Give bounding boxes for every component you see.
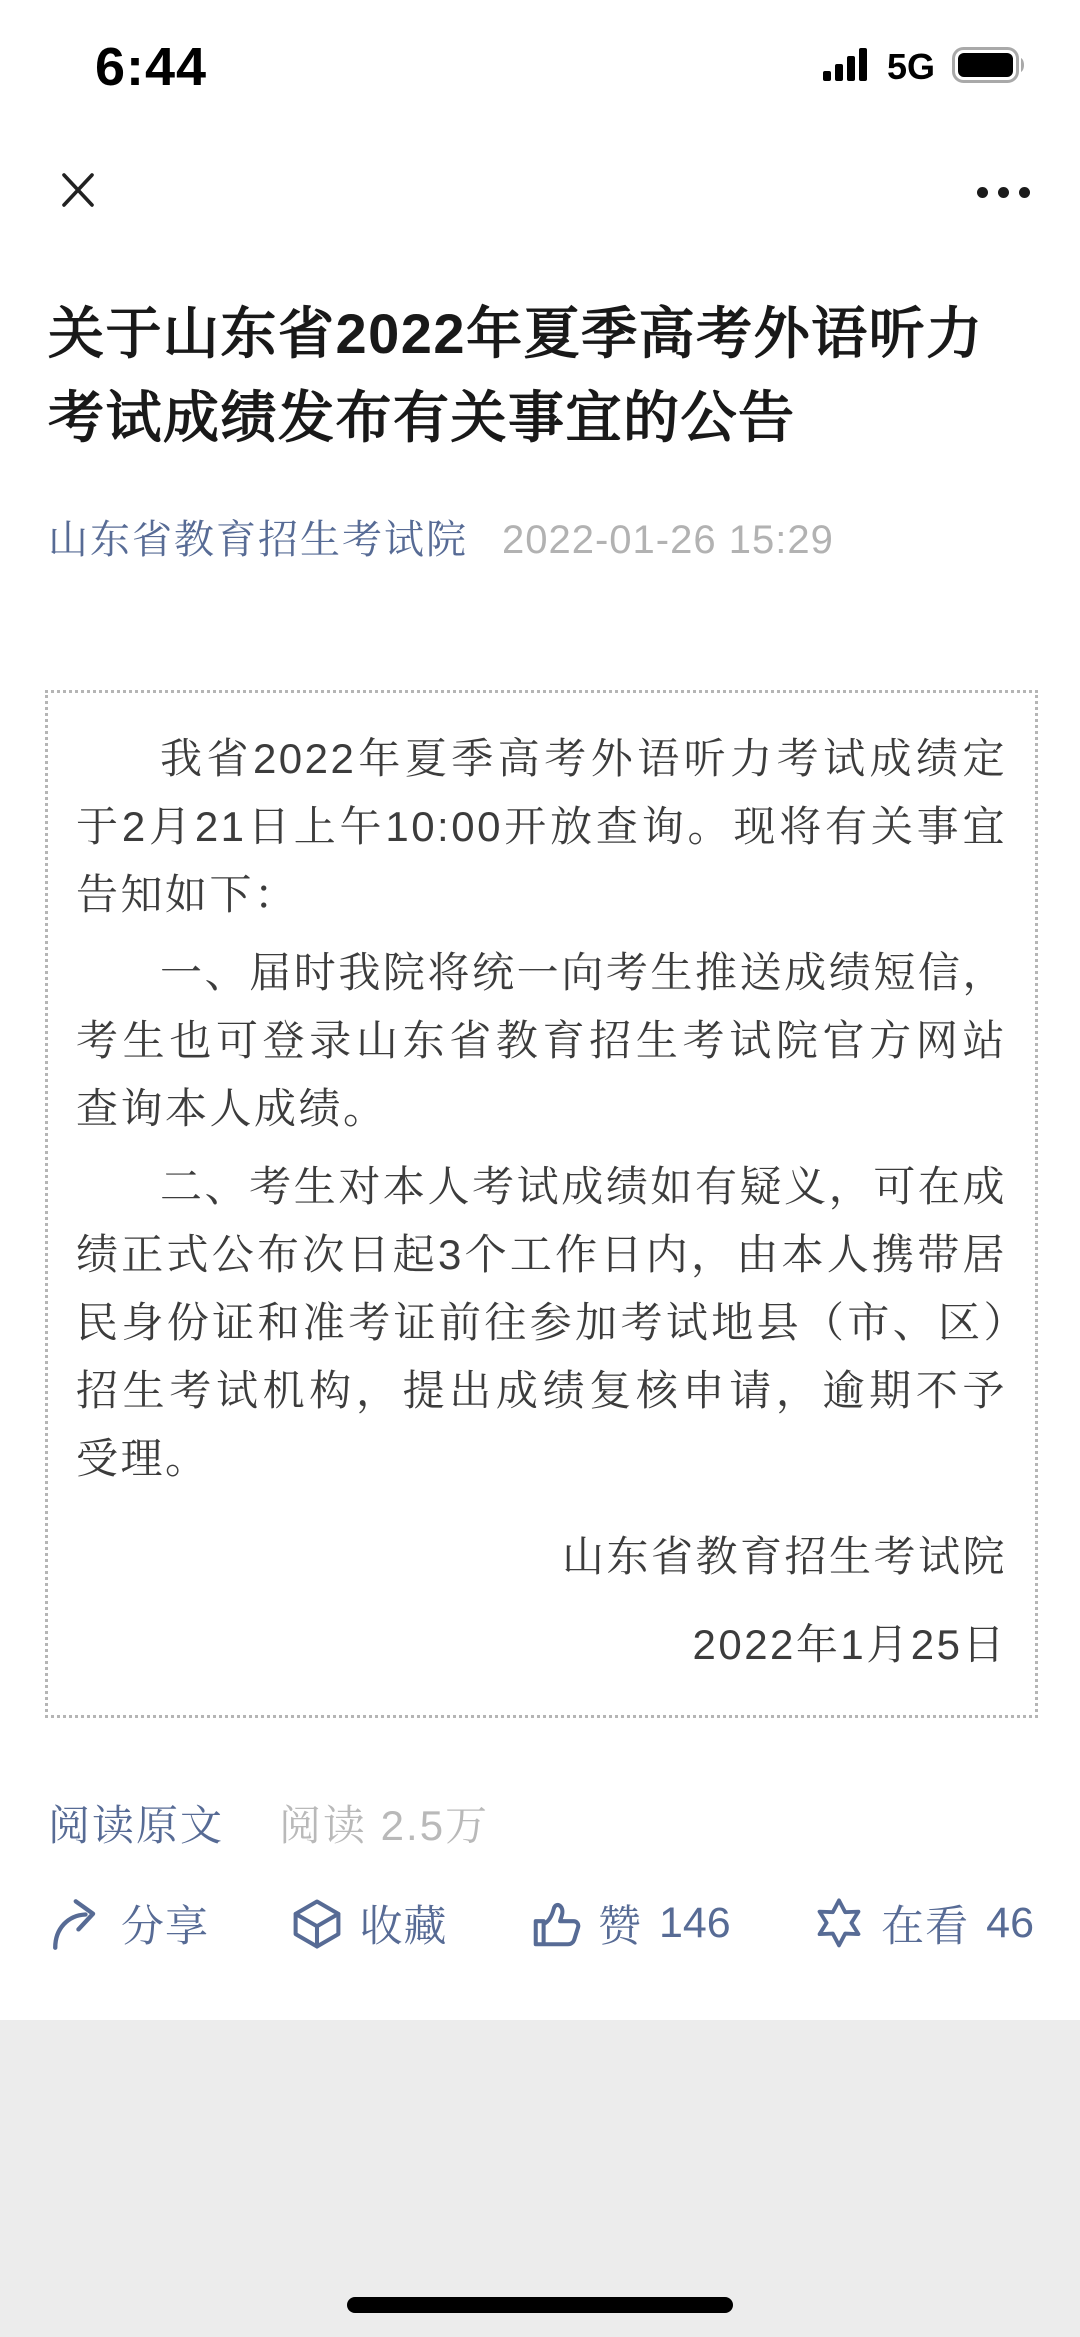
wow-star-icon — [812, 1897, 866, 1951]
author-account-link[interactable]: 山东省教育招生考试院 — [48, 508, 468, 565]
bottom-safe-area — [0, 2020, 1080, 2337]
like-button[interactable]: 赞 146 — [529, 1893, 731, 1954]
status-time: 6:44 — [95, 36, 207, 98]
article-title: 关于山东省2022年夏季高考外语听力考试成绩发布有关事宜的公告 — [0, 292, 1080, 460]
read-original-link[interactable]: 阅读原文 — [48, 1793, 224, 1853]
network-type-label: 5G — [887, 46, 935, 88]
home-indicator[interactable] — [347, 2297, 733, 2313]
read-count: 阅读 2.5万 — [279, 1793, 489, 1853]
more-options-icon[interactable] — [977, 187, 1030, 198]
share-button[interactable]: 分享 — [52, 1893, 209, 1954]
read-row: 阅读原文 阅读 2.5万 — [0, 1793, 1080, 1853]
notice-signature: 山东省教育招生考试院 — [76, 1513, 1007, 1601]
favorite-box-icon — [290, 1897, 344, 1951]
article-meta: 山东省教育招生考试院 2022-01-26 15:29 — [0, 508, 1080, 565]
notice-paragraph: 我省2022年夏季高考外语听力考试成绩定于2月21日上午10:00开放查询。现将… — [76, 725, 1007, 929]
battery-icon — [952, 47, 1028, 88]
close-icon[interactable] — [57, 169, 99, 216]
action-bar: 分享 收藏 赞 146 — [0, 1893, 1080, 1954]
notice-box: 我省2022年夏季高考外语听力考试成绩定于2月21日上午10:00开放查询。现将… — [45, 690, 1038, 1718]
share-arrow-icon — [52, 1898, 106, 1950]
publish-timestamp: 2022-01-26 15:29 — [502, 518, 834, 563]
wow-button[interactable]: 在看 46 — [812, 1893, 1034, 1954]
nav-bar — [0, 142, 1080, 242]
wechat-article-page: 6:44 5G — [0, 0, 1080, 2337]
notice-paragraph: 一、届时我院将统一向考生推送成绩短信，考生也可登录山东省教育招生考试院官方网站查… — [76, 939, 1007, 1143]
thumbs-up-icon — [529, 1897, 583, 1951]
notice-paragraph: 二、考生对本人考试成绩如有疑义，可在成绩正式公布次日起3个工作日内，由本人携带居… — [76, 1153, 1007, 1493]
status-icons: 5G — [823, 46, 1028, 88]
status-bar: 6:44 5G — [0, 0, 1080, 112]
favorite-button[interactable]: 收藏 — [290, 1893, 447, 1954]
signal-strength-icon — [823, 48, 870, 86]
notice-signature-date: 2022年1月25日 — [76, 1601, 1007, 1689]
